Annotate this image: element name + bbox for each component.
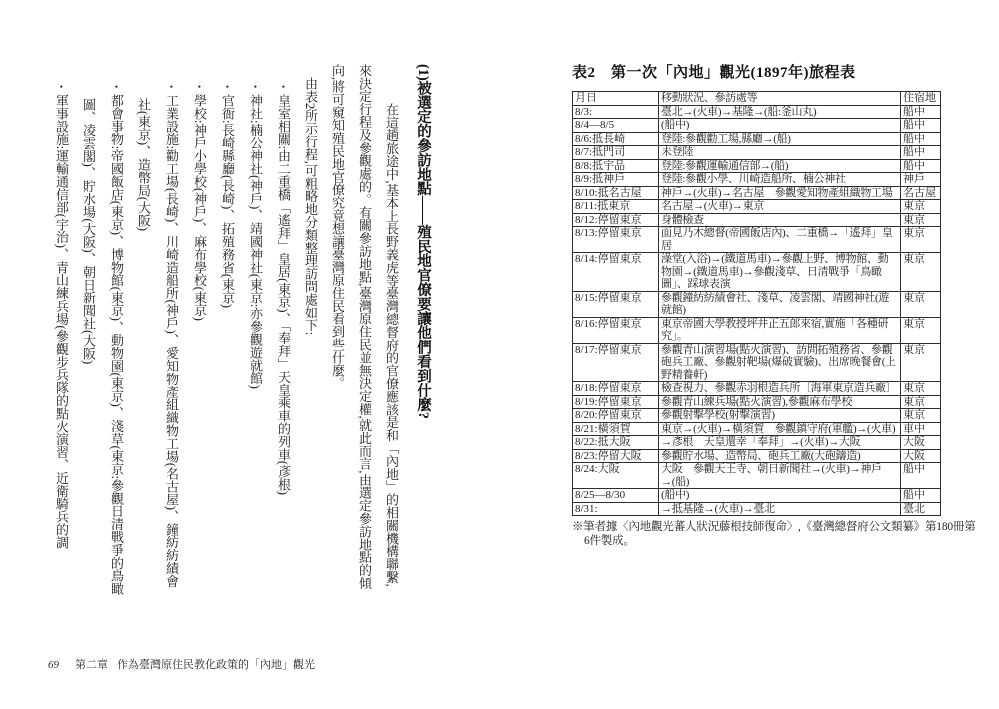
- table-row: 8/15:停留東京參觀鐘紡紡績會社、淺草、凌雲閣、靖國神社(遊就館)東京: [573, 291, 941, 317]
- stay-cell: 東京: [901, 253, 941, 292]
- date-cell: 8/16:停留東京: [573, 317, 659, 343]
- stay-cell: 東京: [901, 409, 941, 423]
- stay-cell: 東京: [901, 227, 941, 253]
- table-row: 8/31:→抵基隆→(火車)→臺北臺北: [573, 502, 941, 516]
- activity-cell: 參觀青山演習場(點火演習)、訪問拓殖務省、參觀砲兵工廠、參觀射靶場(爆破實驗)、…: [659, 343, 901, 382]
- table-row: 8/18:停留東京檢查視力、參觀赤羽根造兵所〔海軍東京造兵廠〕東京: [573, 382, 941, 396]
- stay-cell: 大阪: [901, 449, 941, 463]
- date-cell: 8/10:抵名古屋: [573, 186, 659, 200]
- table-title: 表2 第一次「內地」觀光(1897年)旅程表: [572, 61, 964, 82]
- visit-category-item: 軍事設施:運輸通信部(宇治)、青山練兵場(參觀步兵隊的點火演習、近衛騎兵的調: [47, 64, 75, 599]
- stay-cell: 船中: [901, 132, 941, 146]
- stay-cell: 船中: [901, 489, 941, 503]
- activity-cell: 未登陸: [659, 146, 901, 160]
- date-cell: 8/3:: [573, 105, 659, 119]
- activity-cell: 神戶→(火車)→名古屋 參觀愛知物產組織物工場: [659, 186, 901, 200]
- column-header: 月日: [573, 92, 659, 106]
- stay-cell: 東京: [901, 382, 941, 396]
- left-page: (1)被選定的參訪地點——殖民地官僚要讓他們看到什麼? 在這趟旅途中,基本上長野…: [0, 0, 499, 709]
- date-cell: 8/13:停留東京: [573, 227, 659, 253]
- table-row: 8/21:橫須賀東京→(火車)→橫須賀 參觀鎮守府(軍艦)→(火車)車中: [573, 422, 941, 436]
- activity-cell: 檢查視力、參觀赤羽根造兵所〔海軍東京造兵廠〕: [659, 382, 901, 396]
- table-row: 8/12:停留東京身體檢查東京: [573, 213, 941, 227]
- visit-category-item: 官衙:長崎縣廳(長崎)、拓殖務省(東京): [213, 64, 241, 599]
- activity-cell: 登陸:參觀勸工場,縣廳→(船): [659, 132, 901, 146]
- stay-cell: 臺北: [901, 502, 941, 516]
- table-row: 8/17:停留東京參觀青山演習場(點火演習)、訪問拓殖務省、參觀砲兵工廠、參觀射…: [573, 343, 941, 382]
- visit-category-item: 學校:神戶小學校(神戶)、麻布學校(東京): [185, 64, 213, 599]
- section-heading: (1)被選定的參訪地點——殖民地官僚要讓他們看到什麼?: [409, 64, 436, 599]
- stay-cell: 船中: [901, 105, 941, 119]
- vertical-text-block: (1)被選定的參訪地點——殖民地官僚要讓他們看到什麼? 在這趟旅途中,基本上長野…: [22, 64, 436, 599]
- column-header: 住宿地: [901, 92, 941, 106]
- left-page-footer: 69第二章作為臺灣原住民教化政策的「內地」觀光: [48, 656, 315, 672]
- table-footnote: ※筆者據〈內地觀光蕃人狀況藤根技師復命〉,《臺灣總督府公文類纂》第180冊第6件…: [572, 521, 976, 548]
- activity-cell: 東京帝國大學教授坪井正五郎來宿,實施「各種研究」。: [659, 317, 901, 343]
- page-number: 69: [48, 659, 59, 671]
- activity-cell: 參觀青山練兵場(點火演習),參觀麻布學校: [659, 395, 901, 409]
- stay-cell: 大阪: [901, 436, 941, 450]
- table-header-row: 月日移動狀況、參訪處等住宿地: [573, 92, 941, 106]
- stay-cell: 名古屋: [901, 186, 941, 200]
- table-row: 8/8:抵宇品登陸:參觀運輸通信部→(船)船中: [573, 159, 941, 173]
- activity-cell: 東京→(火車)→橫須賀 參觀鎮守府(軍艦)→(火車): [659, 422, 901, 436]
- activity-cell: →彥根 天皇還幸「奉拜」→(火車)→大阪: [659, 436, 901, 450]
- activity-cell: 面見乃木總督(帝國飯店內)、二重橋→「遙拜」皇居: [659, 227, 901, 253]
- stay-cell: 東京: [901, 213, 941, 227]
- table-row: 8/23:停留大阪參觀貯水場、造幣局、砲兵工廠(大砲鑄造)大阪: [573, 449, 941, 463]
- list-intro-paragraph: 由表2所示行程,可粗略地分類整理訪問處如下:: [297, 64, 324, 599]
- table-row: 8/11:抵東京名古屋→(火車)→東京東京: [573, 200, 941, 214]
- visit-category-item: 工業設施:勸工場(長崎)、川崎造船所(神戶)、愛知物產組織物工場(名古屋)、鐘紡…: [130, 64, 185, 599]
- table-row: 8/24:大阪大阪 參觀天王寺、朝日新聞社→(火車)→神戶→(船)船中: [573, 463, 941, 489]
- table-row: 8/19:停留東京參觀青山練兵場(點火演習),參觀麻布學校東京: [573, 395, 941, 409]
- stay-cell: 船中: [901, 159, 941, 173]
- date-cell: 8/14:停留東京: [573, 253, 659, 292]
- date-cell: 8/20:停留東京: [573, 409, 659, 423]
- activity-cell: 大阪 參觀天王寺、朝日新聞社→(火車)→神戶→(船): [659, 463, 901, 489]
- chapter-label: 第二章: [75, 659, 108, 671]
- date-cell: 8/18:停留東京: [573, 382, 659, 396]
- stay-cell: 神戶: [901, 173, 941, 187]
- date-cell: 8/31:: [573, 502, 659, 516]
- stay-cell: 船中: [901, 146, 941, 160]
- table-row: 8/25—8/30(船中)船中: [573, 489, 941, 503]
- itinerary-table: 月日移動狀況、參訪處等住宿地 8/3:臺北→(火車)→基隆→(船:釜山丸)船中8…: [572, 91, 941, 516]
- chapter-title: 作為臺灣原住民教化政策的「內地」觀光: [117, 659, 315, 671]
- stay-cell: 車中: [901, 422, 941, 436]
- activity-cell: (船中): [659, 489, 901, 503]
- activity-cell: 登陸:參觀小學、川崎造船所、楠公神社: [659, 173, 901, 187]
- table-row: 8/10:抵名古屋神戶→(火車)→名古屋 參觀愛知物產組織物工場名古屋: [573, 186, 941, 200]
- table-row: 8/16:停留東京東京帝國大學教授坪井正五郎來宿,實施「各種研究」。東京: [573, 317, 941, 343]
- table-area: 表2 第一次「內地」觀光(1897年)旅程表 月日移動狀況、參訪處等住宿地 8/…: [572, 61, 964, 548]
- table-row: 8/13:停留東京面見乃木總督(帝國飯店內)、二重橋→「遙拜」皇居東京: [573, 227, 941, 253]
- date-cell: 8/9:抵神戶: [573, 173, 659, 187]
- date-cell: 8/23:停留大阪: [573, 449, 659, 463]
- activity-cell: (船中): [659, 119, 901, 133]
- date-cell: 8/24:大阪: [573, 463, 659, 489]
- stay-cell: 東京: [901, 317, 941, 343]
- right-page: 表2 第一次「內地」觀光(1897年)旅程表 月日移動狀況、參訪處等住宿地 8/…: [499, 0, 999, 709]
- date-cell: 8/6:抵長崎: [573, 132, 659, 146]
- activity-cell: 澡堂(入浴)→(鐵道馬車)→參觀上野、博物館、動物園→(鐵道馬車)→參觀淺草、日…: [659, 253, 901, 292]
- stay-cell: 東京: [901, 200, 941, 214]
- visit-category-item: 皇室相關:由二重橋「遙拜」皇居(東京)、「奉拜」天皇乘車的列車(彥根): [269, 64, 297, 599]
- date-cell: 8/15:停留東京: [573, 291, 659, 317]
- activity-cell: 參觀射擊學校(射擊演習): [659, 409, 901, 423]
- date-cell: 8/4—8/5: [573, 119, 659, 133]
- date-cell: 8/21:橫須賀: [573, 422, 659, 436]
- table-row: 8/3:臺北→(火車)→基隆→(船:釜山丸)船中: [573, 105, 941, 119]
- table-row: 8/14:停留東京澡堂(入浴)→(鐵道馬車)→參觀上野、博物館、動物園→(鐵道馬…: [573, 253, 941, 292]
- stay-cell: 船中: [901, 463, 941, 489]
- date-cell: 8/12:停留東京: [573, 213, 659, 227]
- date-cell: 8/17:停留東京: [573, 343, 659, 382]
- table-row: 8/7:抵門司未登陸船中: [573, 146, 941, 160]
- activity-cell: 身體檢查: [659, 213, 901, 227]
- column-header: 移動狀況、參訪處等: [659, 92, 901, 106]
- date-cell: 8/11:抵東京: [573, 200, 659, 214]
- table-row: 8/22:抵大阪→彥根 天皇還幸「奉拜」→(火車)→大阪大阪: [573, 436, 941, 450]
- date-cell: 8/22:抵大阪: [573, 436, 659, 450]
- activity-cell: 參觀貯水場、造幣局、砲兵工廠(大砲鑄造): [659, 449, 901, 463]
- stay-cell: 船中: [901, 119, 941, 133]
- activity-cell: 名古屋→(火車)→東京: [659, 200, 901, 214]
- activity-cell: 臺北→(火車)→基隆→(船:釜山丸): [659, 105, 901, 119]
- table-row: 8/6:抵長崎登陸:參觀勸工場,縣廳→(船)船中: [573, 132, 941, 146]
- visit-category-item: 神社:楠公神社(神戶)、靖國神社(東京:亦參觀遊就館): [241, 64, 269, 599]
- activity-cell: →抵基隆→(火車)→臺北: [659, 502, 901, 516]
- date-cell: 8/25—8/30: [573, 489, 659, 503]
- activity-cell: 參觀鐘紡紡績會社、淺草、凌雲閣、靖國神社(遊就館): [659, 291, 901, 317]
- visit-category-list: 皇室相關:由二重橋「遙拜」皇居(東京)、「奉拜」天皇乘車的列車(彥根)神社:楠公…: [47, 64, 297, 599]
- stay-cell: 東京: [901, 343, 941, 382]
- table-row: 8/4—8/5(船中)船中: [573, 119, 941, 133]
- body-paragraph: 在這趟旅途中,基本上長野義虎等臺灣總督府的官僚應該是和「內地」的相關機構聯繫,來…: [324, 64, 405, 599]
- stay-cell: 東京: [901, 291, 941, 317]
- visit-category-item: 都會事物:帝國飯店(東京)、博物館(東京)、動物園(東京)、淺草(東京:參觀日清…: [75, 64, 130, 599]
- table-row: 8/20:停留東京參觀射擊學校(射擊演習)東京: [573, 409, 941, 423]
- date-cell: 8/19:停留東京: [573, 395, 659, 409]
- table-row: 8/9:抵神戶登陸:參觀小學、川崎造船所、楠公神社神戶: [573, 173, 941, 187]
- activity-cell: 登陸:參觀運輸通信部→(船): [659, 159, 901, 173]
- date-cell: 8/8:抵宇品: [573, 159, 659, 173]
- stay-cell: 東京: [901, 395, 941, 409]
- date-cell: 8/7:抵門司: [573, 146, 659, 160]
